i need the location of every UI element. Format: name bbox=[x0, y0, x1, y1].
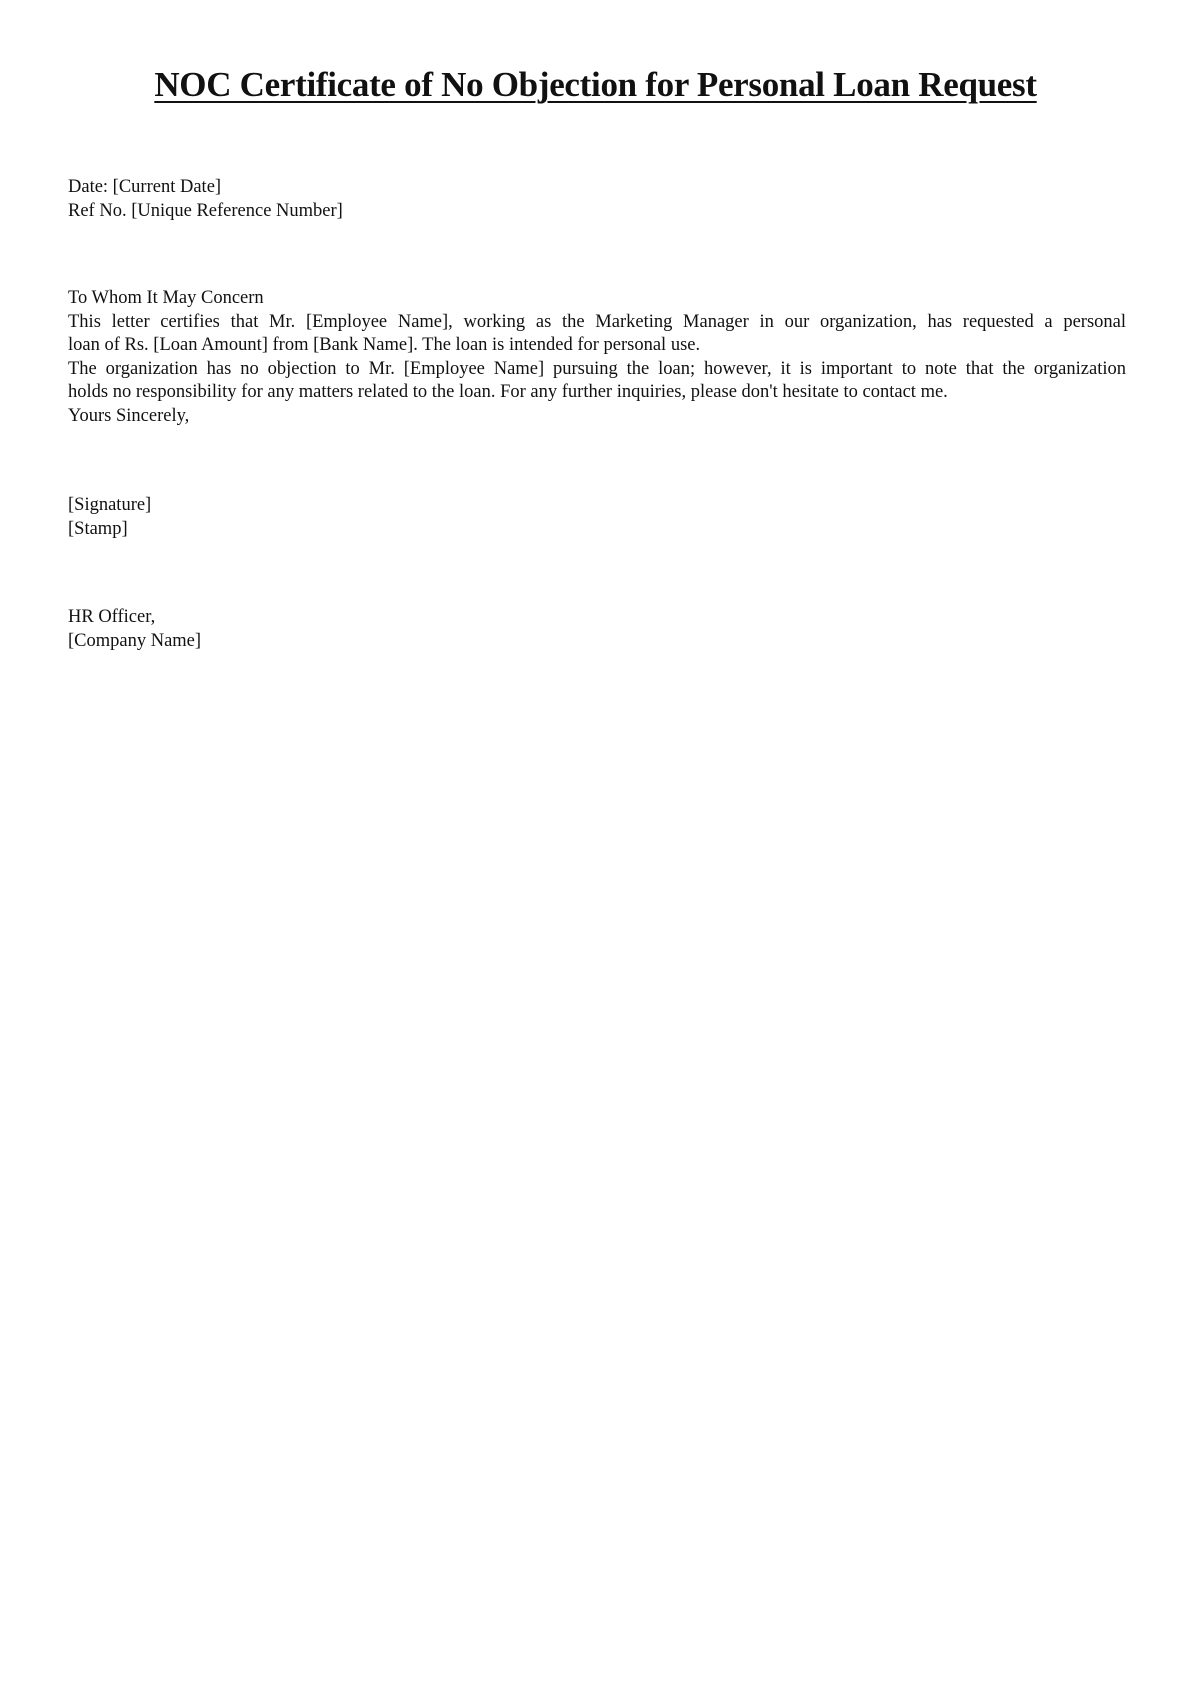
letter-body: To Whom It May Concern This letter certi… bbox=[68, 287, 1126, 428]
company-name: [Company Name] bbox=[68, 630, 1126, 654]
paragraph-1-line-2: loan of Rs. [Loan Amount] from [Bank Nam… bbox=[68, 334, 1126, 358]
letter-header: Date: [Current Date] Ref No. [Unique Ref… bbox=[68, 176, 1126, 223]
paragraph-1-line-1: This letter certifies that Mr. [Employee… bbox=[68, 311, 1126, 335]
paragraph-2-line-2: holds no responsibility for any matters … bbox=[68, 381, 1126, 405]
document-title: NOC Certificate of No Objection for Pers… bbox=[0, 64, 1191, 106]
closing: Yours Sincerely, bbox=[68, 405, 1126, 429]
stamp-placeholder: [Stamp] bbox=[68, 518, 1126, 542]
signature-block: [Signature] [Stamp] bbox=[68, 494, 1126, 541]
signatory-block: HR Officer, [Company Name] bbox=[68, 606, 1126, 653]
designation: HR Officer, bbox=[68, 606, 1126, 630]
date-line: Date: [Current Date] bbox=[68, 176, 1126, 200]
reference-number-line: Ref No. [Unique Reference Number] bbox=[68, 200, 1126, 224]
paragraph-2-line-1: The organization has no objection to Mr.… bbox=[68, 358, 1126, 382]
signature-placeholder: [Signature] bbox=[68, 494, 1126, 518]
document-title-text: NOC Certificate of No Objection for Pers… bbox=[154, 65, 1036, 104]
salutation: To Whom It May Concern bbox=[68, 287, 1126, 311]
